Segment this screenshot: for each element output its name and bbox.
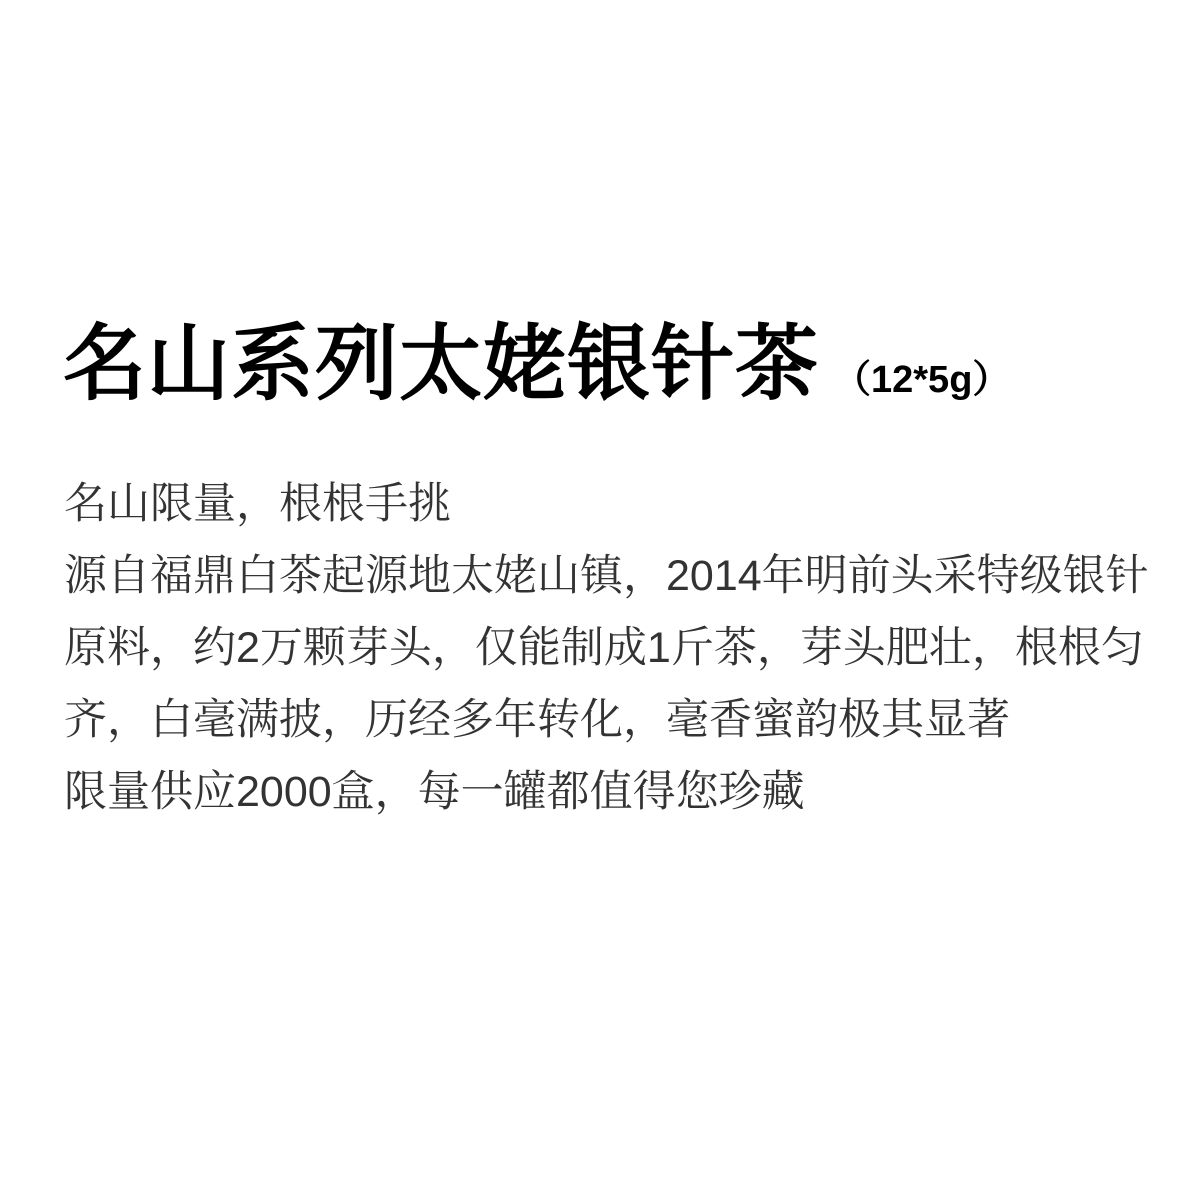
description-line-2: 源自福鼎白茶起源地太姥山镇，2014年明前头采特级银针: [64, 540, 1174, 612]
product-spec-suffix: （12*5g）: [833, 359, 1010, 401]
description-line-1: 名山限量，根根手挑: [64, 468, 1174, 540]
description-line-5: 限量供应2000盒，每一罐都值得您珍藏: [64, 756, 1174, 828]
description-line-4: 齐，白毫满披，历经多年转化，毫香蜜韵极其显著: [64, 684, 1174, 756]
description-line-3: 原料，约2万颗芽头，仅能制成1斤茶，芽头肥壮，根根匀: [64, 612, 1174, 684]
product-title-row: 名山系列太姥银针茶（12*5g）: [63, 318, 1010, 409]
product-description-panel: 名山系列太姥银针茶（12*5g） 名山限量，根根手挑 源自福鼎白茶起源地太姥山镇…: [0, 0, 1200, 1200]
product-description: 名山限量，根根手挑 源自福鼎白茶起源地太姥山镇，2014年明前头采特级银针 原料…: [64, 468, 1174, 828]
product-title: 名山系列太姥银针茶: [63, 317, 819, 410]
